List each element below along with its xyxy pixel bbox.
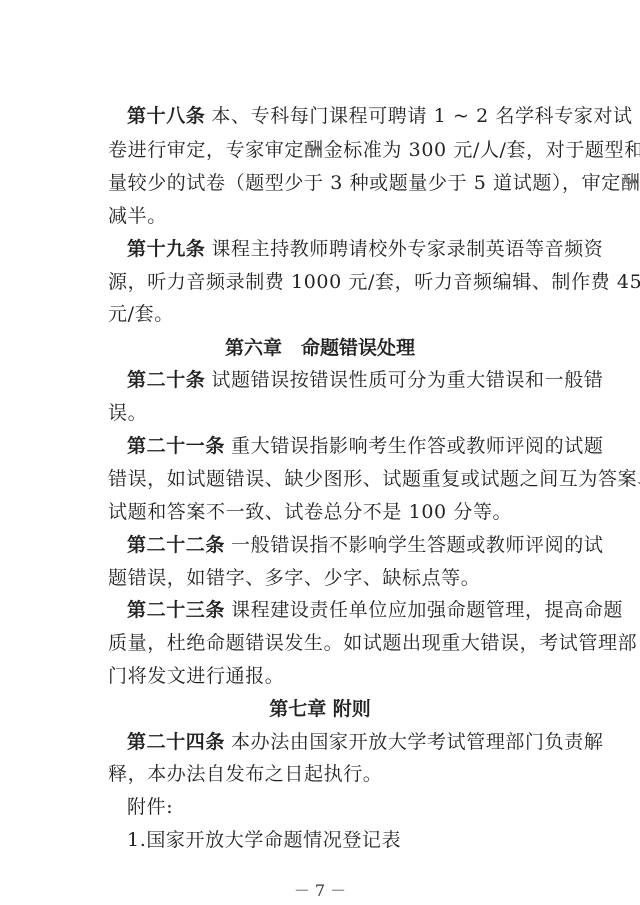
article-24-line-2: 释，本办法自发布之日起执行。 [108, 762, 532, 786]
article-21-line-1: 第二十一条重大错误指影响考生作答或教师评阅的试题 [127, 434, 532, 458]
article-23-line-1: 第二十三条课程建设责任单位应加强命题管理，提高命题 [127, 598, 532, 622]
article-18-line-2: 卷进行审定，专家审定酬金标准为 300 元/人/套，对于题型和题 [108, 138, 532, 162]
attachment-item-1: 1.国家开放大学命题情况登记表 [127, 828, 401, 852]
article-23-line-2: 质量，杜绝命题错误发生。如试题出现重大错误，考试管理部 [108, 631, 532, 655]
document-page: 第十八条本、专科每门课程可聘请 1 ~ 2 名学科专家对试 卷进行审定，专家审定… [0, 0, 640, 905]
article-19-label: 第十九条 [127, 238, 205, 260]
article-18-label: 第十八条 [127, 105, 205, 127]
article-22-line-1: 第二十二条一般错误指不影响学生答题或教师评阅的试 [127, 533, 532, 557]
chapter-7-heading: 第七章 附则 [0, 697, 640, 721]
article-20-label: 第二十条 [127, 369, 205, 391]
article-23-line-3: 门将发文进行通报。 [108, 664, 532, 688]
article-21-line-3: 试题和答案不一致、试卷总分不是 100 分等。 [108, 500, 532, 524]
attachment-label: 附件: [127, 795, 173, 819]
article-19-line-3: 元/套。 [108, 302, 532, 326]
article-22-line-2: 题错误，如错字、多字、少字、缺标点等。 [108, 566, 532, 590]
article-24-label: 第二十四条 [127, 731, 225, 753]
page-number: － 7 － [0, 878, 640, 901]
article-18-line-1: 第十八条本、专科每门课程可聘请 1 ~ 2 名学科专家对试 [127, 104, 532, 128]
article-21-label: 第二十一条 [127, 435, 225, 457]
article-19-line-2: 源，听力音频录制费 1000 元/套，听力音频编辑、制作费 450 [108, 270, 532, 294]
article-22-label: 第二十二条 [127, 534, 225, 556]
article-19-line-1: 第十九条课程主持教师聘请校外专家录制英语等音频资 [127, 237, 532, 261]
article-18-line-4: 减半。 [108, 204, 532, 228]
article-18-line-3: 量较少的试卷（题型少于 3 种或题量少于 5 道试题），审定酬金 [108, 171, 532, 195]
article-21-line-2: 错误，如试题错误、缺少图形、试题重复或试题之间互为答案、 [108, 467, 532, 491]
article-20-line-1: 第二十条试题错误按错误性质可分为重大错误和一般错 [127, 368, 532, 392]
chapter-6-heading: 第六章 命题错误处理 [0, 336, 640, 360]
article-24-line-1: 第二十四条本办法由国家开放大学考试管理部门负责解 [127, 730, 532, 754]
article-20-line-2: 误。 [108, 401, 532, 425]
article-23-label: 第二十三条 [127, 599, 225, 621]
